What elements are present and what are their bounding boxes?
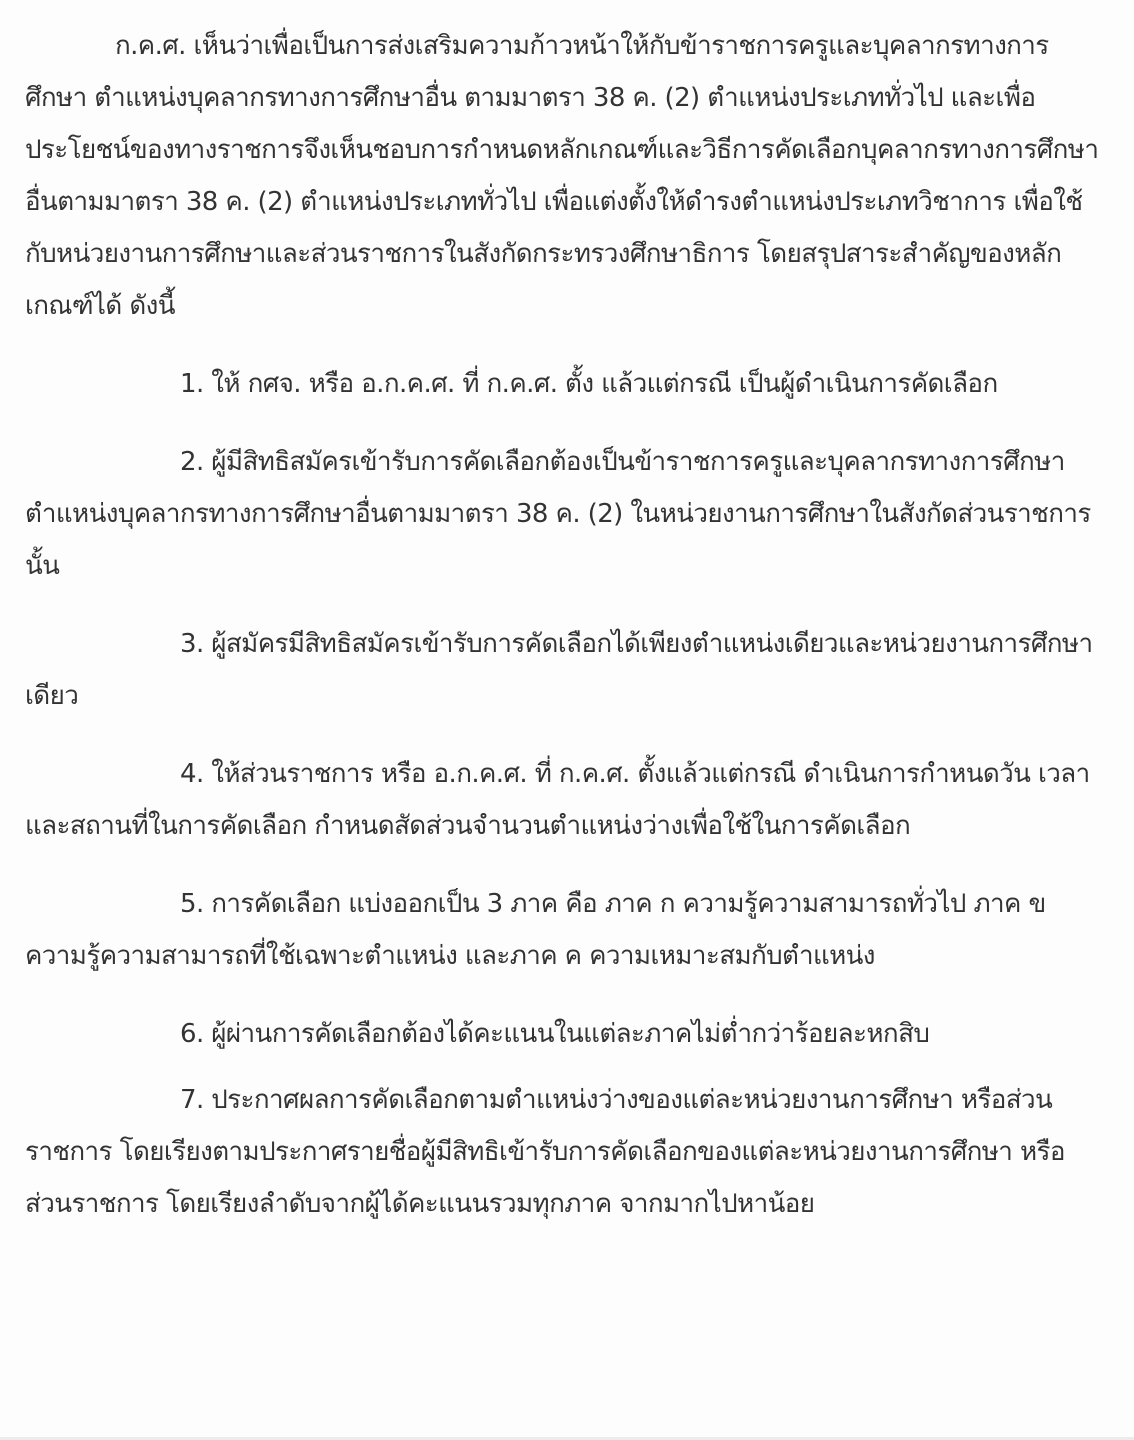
criteria-item-5: 5. การคัดเลือก แบ่งออกเป็น 3 ภาค คือ ภาค… — [25, 878, 1110, 982]
intro-paragraph: ก.ค.ศ. เห็นว่าเพื่อเป็นการส่งเสริมความก้… — [25, 20, 1110, 332]
criteria-item-4: 4. ให้ส่วนราชการ หรือ อ.ก.ค.ศ. ที่ ก.ค.ศ… — [25, 748, 1110, 852]
criteria-item-1: 1. ให้ กศจ. หรือ อ.ก.ค.ศ. ที่ ก.ค.ศ. ตั้… — [25, 358, 1110, 410]
criteria-item-3: 3. ผู้สมัครมีสิทธิสมัครเข้ารับการคัดเลือ… — [25, 618, 1110, 722]
criteria-item-6: 6. ผู้ผ่านการคัดเลือกต้องได้คะแนนในแต่ละ… — [25, 1008, 1110, 1060]
document-body: ก.ค.ศ. เห็นว่าเพื่อเป็นการส่งเสริมความก้… — [25, 20, 1110, 1256]
criteria-item-7: 7. ประกาศผลการคัดเลือกตามตำแหน่งว่างของแ… — [25, 1074, 1110, 1230]
criteria-item-2: 2. ผู้มีสิทธิสมัครเข้ารับการคัดเลือกต้อง… — [25, 436, 1110, 592]
